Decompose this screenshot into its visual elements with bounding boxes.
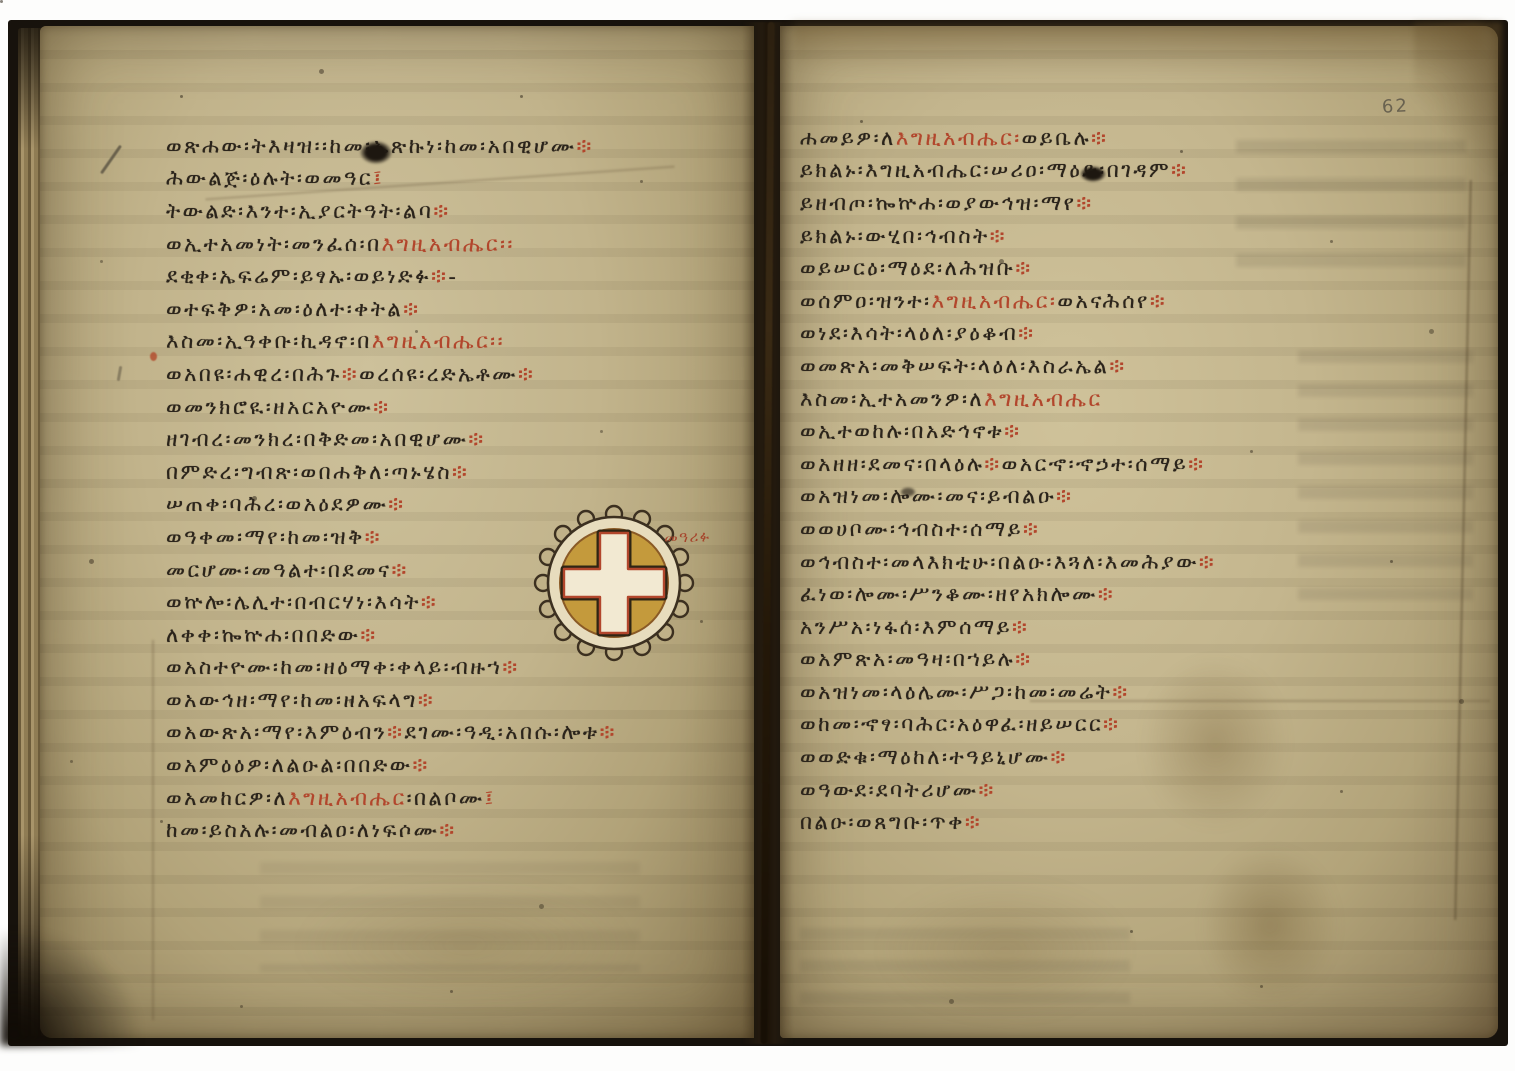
- manuscript-line: ወኅብስተ፡መላእክቲሁ፡በልዑ፡እጓለ፡እመሕያው፨: [800, 546, 1400, 579]
- ink-text: ወይቤሉ: [1022, 126, 1091, 151]
- manuscript-line: በምድረ፡ግብጽ፡ወበሐቅለ፡ጣኑሄስ፨: [166, 456, 744, 489]
- rubricated-text: ፨: [1199, 550, 1216, 575]
- ink-text: ሐመይዎ፡ለ: [800, 126, 896, 151]
- cross-medallion-icon: [528, 502, 700, 664]
- ink-text: ወነደ፡እሳት፡ላዕለ፡ያዕቆብ: [800, 321, 1018, 346]
- ink-text: ወሰምዐ፡ዝንተ፡: [800, 289, 932, 314]
- rubricated-text: ፨: [1171, 158, 1188, 183]
- rubricated-text: ፨: [990, 224, 1007, 249]
- rubricated-text: ፨: [1091, 126, 1108, 151]
- manuscript-line: ደቂቀ፡ኤፍሬም፡ይፃኡ፡ወይነድፉ፨ -: [166, 260, 744, 293]
- ink-text: ወአበዩ፡ሐዊረ፡በሕጉ: [166, 362, 342, 387]
- ink-text: ይክልኑ፡እግዚአብሔር፡ሠሪዐ፡ማዕድ፡በገዳም: [800, 158, 1171, 183]
- manuscript-line: ወአመከርዎ፡ለእግዚአብሔር፡በልቦሙ፤: [166, 782, 744, 815]
- rubricated-text: ፨: [388, 492, 405, 517]
- manuscript-line: ወአዘዘ፡ደመና፡በላዕሉ፨ወአርኆ፡ኆኃተ፡ሰማይ፨: [800, 448, 1400, 481]
- ornament-caption: መዓሪፉ: [664, 527, 711, 547]
- manuscript-line: ወአዝነመ፡ላዕሌሙ፡ሥጋ፡ከመ፡መሬት፨: [800, 676, 1400, 709]
- ink-text: ወከመ፡ኆፃ፡ባሕር፡አዕዋፈ፡ዘይሠርር: [800, 712, 1103, 737]
- rubricated-text: ፨: [421, 590, 438, 615]
- rubricated-text: ፨: [1012, 615, 1029, 640]
- rubricated-text: ፨: [1018, 321, 1035, 346]
- manuscript-line: ትውልድ፡እንተ፡ኢያርትዓት፡ልባ፨: [166, 195, 744, 228]
- ink-text: አንሥአ፡ነፋሰ፡እምሰማይ: [800, 615, 1012, 640]
- left-text-column: ወጽሐው፡ትእዛዝ፡፡ከመ፡ኤጽኩነ፡ከመ፡አበዊሆሙ፨ሕውልጅ፡ዕሉት፡ወመዓ…: [166, 130, 744, 847]
- rubricated-text: ፨: [1076, 191, 1093, 216]
- ink-text: እስመ፡ኢተአመንዎ፡ለ: [800, 387, 984, 412]
- folio-number: 62: [1381, 95, 1409, 117]
- rubricated-text: ፨: [979, 778, 996, 803]
- manuscript-scan: 62 ወጽሐው፡ትእዛዝ፡፡ከመ፡ኤጽኩነ፡ከመ፡አበዊሆሙ፨ሕውልጅ፡ዕሉት፡…: [0, 0, 1515, 1071]
- manuscript-line: ወአምጽአ፡መዓዛ፡በኀይሉ፨: [800, 644, 1400, 677]
- manuscript-line: ወአውኅዘ፡ማየ፡ከመ፡ዘአፍላግ፨: [166, 684, 744, 717]
- rubricated-text: ፨: [576, 134, 593, 159]
- manuscript-line: ወጽሐው፡ትእዛዝ፡፡ከመ፡ኤጽኩነ፡ከመ፡አበዊሆሙ፨: [166, 130, 744, 163]
- manuscript-line: ወሰምዐ፡ዝንተ፡እግዚአብሔር፡ወአናሕሰየ፨: [800, 285, 1400, 318]
- rubricated-text: ፤: [485, 786, 496, 811]
- rubricated-text: ፨: [1109, 354, 1126, 379]
- rubricated-text: እግዚአብሔር፡: [932, 289, 1058, 314]
- manuscript-line: ሕውልጅ፡ዕሉት፡ወመዓር፤: [166, 163, 744, 196]
- manuscript-line: ወወሀቦሙ፡ኅብስተ፡ሰማይ፨: [800, 513, 1400, 546]
- rubricated-text: ፨: [403, 297, 420, 322]
- rubricated-text: ፨: [365, 525, 382, 550]
- manuscript-line: ወአበዩ፡ሐዊረ፡በሕጉ፨ወረሰዩ፡ረድኤቶሙ፨: [166, 358, 744, 391]
- manuscript-line: በልዑ፡ወጸግቡ፡ጥቀ፨: [800, 806, 1400, 839]
- manuscript-line: ሐመይዎ፡ለእግዚአብሔር፡ወይቤሉ፨: [800, 122, 1400, 155]
- ink-text: ወአናሕሰየ: [1057, 289, 1149, 314]
- ink-text: ወኅብስተ፡መላእክቲሁ፡በልዑ፡እጓለ፡እመሕያው: [800, 550, 1199, 575]
- ink-text: ትውልድ፡እንተ፡ኢያርትዓት፡ልባ: [166, 199, 433, 224]
- manuscript-line: ዘገብረ፡መንክረ፡በቅድመ፡አበዊሆሙ፨: [166, 423, 744, 456]
- ink-text: ወወድቁ፡ማዕከለ፡ተዓይኒሆሙ: [800, 745, 1050, 770]
- ink-text: ወአዘዘ፡ደመና፡በላዕሉ: [800, 452, 984, 477]
- ink-text: ወአመከርዎ፡ለ: [166, 786, 288, 811]
- ink-text: ሕውልጅ፡ዕሉት፡ወመዓር: [166, 166, 373, 191]
- rubricated-text: ፨: [360, 623, 377, 648]
- ink-text: ወአምጽአ፡መዓዛ፡በኀይሉ: [800, 647, 1015, 672]
- manuscript-line: አንሥአ፡ነፋሰ፡እምሰማይ፨: [800, 611, 1400, 644]
- ink-text: ሠጠቀ፡ባሕረ፡ወአዕደዎሙ: [166, 492, 388, 517]
- manuscript-line: ወወድቁ፡ማዕከለ፡ተዓይኒሆሙ፨: [800, 741, 1400, 774]
- rubricated-text: ፨: [518, 362, 535, 387]
- manuscript-line: ፈነወ፡ሎሙ፡ሥንቆሙ፡ዘየአክሎሙ፨: [800, 578, 1400, 611]
- right-text-column: ሐመይዎ፡ለእግዚአብሔር፡ወይቤሉ፨ይክልኑ፡እግዚአብሔር፡ሠሪዐ፡ማዕድ፡…: [800, 122, 1400, 839]
- ink-text: ወዓውደ፡ደባትሪሆሙ: [800, 778, 979, 803]
- rubricated-text: ፨: [452, 460, 469, 485]
- rubricated-text: ፨: [1112, 680, 1129, 705]
- ink-text: ወአስተዮሙ፡ከመ፡ዘዕማቀ፡ቀላይ፡ብዙኀ: [166, 655, 502, 680]
- ink-text: ከመ፡ይስአሉ፡መብልዐ፡ለነፍሶሙ: [166, 818, 439, 843]
- manuscript-line: ወኢተአመነት፡መንፈሰ፡በእግዚአብሔር፡፡: [166, 228, 744, 261]
- rubricated-text: ፨: [431, 264, 448, 289]
- manuscript-line: ወመንክሮዪ፡ዘአርአዮሙ፨: [166, 391, 744, 424]
- manuscript-line: ከመ፡ይስአሉ፡መብልዐ፡ለነፍሶሙ፨: [166, 814, 744, 847]
- manuscript-line: ይዘብጦ፡ኰኵሐ፡ወያውኅዝ፡ማየ፨: [800, 187, 1400, 220]
- ink-text: ወአውጽአ፡ማየ፡እምዕብን: [166, 720, 387, 745]
- ink-text: በምድረ፡ግብጽ፡ወበሐቅለ፡ጣኑሄስ: [166, 460, 452, 485]
- rubricated-text: ፨: [1188, 452, 1205, 477]
- manuscript-line: እስመ፡ኢተአመንዎ፡ለእግዚአብሔር: [800, 383, 1400, 416]
- rubricated-text: ፨: [412, 753, 429, 778]
- rubricated-text: ፨: [342, 362, 359, 387]
- ink-text: ይክልኑ፡ውሂበ፡ኅብስት: [800, 224, 990, 249]
- ink-blot: [900, 487, 916, 497]
- ink-text: ወአምዕዕዎ፡ለልዑል፡በበድው: [166, 753, 412, 778]
- ink-text: መርሆሙ፡መዓልተ፡በደመና: [166, 558, 392, 583]
- manuscript-line: ወአዝነመ፡ሎሙ፡መና፡ይብልዑ፨: [800, 481, 1400, 514]
- manuscript-line: ወዓውደ፡ደባትሪሆሙ፨: [800, 774, 1400, 807]
- rubricated-text: ፨: [373, 395, 390, 420]
- manuscript-line: እስመ፡ኢዓቀቡ፡ኪዳኖ፡በእግዚአብሔር፡፡: [166, 326, 744, 359]
- rubricated-text: ፨: [387, 720, 404, 745]
- manuscript-line: ይክልኑ፡ውሂበ፡ኅብስት፨: [800, 220, 1400, 253]
- ink-text: ወኢተወከሉ፡በአድኅኖቱ: [800, 419, 1004, 444]
- rubricated-text: ፨: [1015, 647, 1032, 672]
- ink-text: ወመንክሮዪ፡ዘአርአዮሙ: [166, 395, 373, 420]
- ink-text: ይዘብጦ፡ኰኵሐ፡ወያውኅዝ፡ማየ: [800, 191, 1076, 216]
- rubricated-text: ፨: [502, 655, 519, 680]
- ink-text: ወዓቀመ፡ማየ፡ከመ፡ዝቅ: [166, 525, 365, 550]
- ink-text: ወተፍቅዎ፡አመ፡ዕለተ፡ቀትል: [166, 297, 403, 322]
- rubricated-text: ፨: [418, 688, 435, 713]
- ink-text: ወአርኆ፡ኆኃተ፡ሰማይ: [1002, 452, 1189, 477]
- red-margin-dot: [150, 352, 157, 361]
- ink-text: ዘገብረ፡መንክረ፡በቅድመ፡አበዊሆሙ: [166, 427, 468, 452]
- manuscript-line: ወመጽአ፡መቅሠፍት፡ላዕለ፡እስራኤል፨: [800, 350, 1400, 383]
- rubricated-text: እግዚአብሔር: [984, 387, 1102, 412]
- ink-blot: [360, 141, 392, 164]
- ink-blot: [1080, 166, 1106, 182]
- ink-text: እስመ፡ኢዓቀቡ፡ኪዳኖ፡በ: [166, 329, 372, 354]
- ink-text: -: [448, 265, 458, 289]
- ink-text: በልዑ፡ወጸግቡ፡ጥቀ: [800, 810, 965, 835]
- ink-text: ፈነወ፡ሎሙ፡ሥንቆሙ፡ዘየአክሎሙ: [800, 582, 1098, 607]
- rubricated-text: ፨: [392, 558, 409, 583]
- rubricated-text: እግዚአብሔር፡፡: [372, 329, 505, 354]
- ink-text: ወረሰዩ፡ረድኤቶሙ: [359, 362, 518, 387]
- manuscript-line: ወነደ፡እሳት፡ላዕለ፡ያዕቆብ፨: [800, 318, 1400, 351]
- rubricated-text: ፨: [1103, 712, 1120, 737]
- rubricated-text: ፨: [1023, 517, 1040, 542]
- manuscript-line: ወተፍቅዎ፡አመ፡ዕለተ፡ቀትል፨: [166, 293, 744, 326]
- ink-text: ወኢተአመነት፡መንፈሰ፡በ: [166, 232, 382, 257]
- ink-text: ወመጽአ፡መቅሠፍት፡ላዕለ፡እስራኤል: [800, 354, 1109, 379]
- rubricated-text: ፨: [984, 452, 1001, 477]
- rubricated-text: ፨: [1050, 745, 1067, 770]
- rubricated-text: ፨: [468, 427, 485, 452]
- rubricated-text: ፨: [1004, 419, 1021, 444]
- rubricated-text: እግዚአብሔር፡፡: [382, 232, 515, 257]
- rubricated-text: ፨: [1056, 484, 1073, 509]
- manuscript-line: ወይሠርዕ፡ማዕደ፡ለሕዝቡ፨: [800, 252, 1400, 285]
- ink-text: ወኵሎ፡ሌሊተ፡በብርሃነ፡እሳት: [166, 590, 421, 615]
- ink-text: ወአዝነመ፡ላዕሌሙ፡ሥጋ፡ከመ፡መሬት: [800, 680, 1112, 705]
- dirt-specks: [0, 0, 3, 3]
- ink-text: ደቂቀ፡ኤፍሬም፡ይፃኡ፡ወይነድፉ: [166, 264, 431, 289]
- ink-text: ወአውኅዘ፡ማየ፡ከመ፡ዘአፍላግ: [166, 688, 418, 713]
- ink-text: ወይሠርዕ፡ማዕደ፡ለሕዝቡ: [800, 256, 1015, 281]
- ink-text: ለቀቀ፡ኰኵሐ፡በበድው: [166, 623, 360, 648]
- rubricated-text: ፨: [433, 199, 450, 224]
- ink-text: ደገሙ፡ዓዲ፡አበሱ፡ሎቱ: [405, 720, 600, 745]
- ink-text: ፡በልቦሙ: [407, 786, 485, 811]
- ink-text: ወወሀቦሙ፡ኅብስተ፡ሰማይ: [800, 517, 1023, 542]
- rubricated-text: ፨: [1150, 289, 1167, 314]
- rubricated-text: ፨: [1098, 582, 1115, 607]
- rubricated-text: ፤: [373, 166, 384, 191]
- rubricated-text: ፨: [1015, 256, 1032, 281]
- manuscript-line: ወአምዕዕዎ፡ለልዑል፡በበድው፨: [166, 749, 744, 782]
- manuscript-line: ወከመ፡ኆፃ፡ባሕር፡አዕዋፈ፡ዘይሠርር፨: [800, 709, 1400, 742]
- ink-text: ወአዝነመ፡ሎሙ፡መና፡ይብልዑ: [800, 484, 1056, 509]
- rubricated-text: ፨: [600, 720, 617, 745]
- rubricated-text: እግዚአብሔር: [288, 786, 406, 811]
- rubricated-text: ፨: [965, 810, 982, 835]
- manuscript-line: ወኢተወከሉ፡በአድኅኖቱ፨: [800, 415, 1400, 448]
- rubricated-text: እግዚአብሔር፡: [896, 126, 1022, 151]
- rubricated-text: ፨: [439, 818, 456, 843]
- manuscript-line: ወአውጽአ፡ማየ፡እምዕብን፨ደገሙ፡ዓዲ፡አበሱ፡ሎቱ፨: [166, 717, 744, 750]
